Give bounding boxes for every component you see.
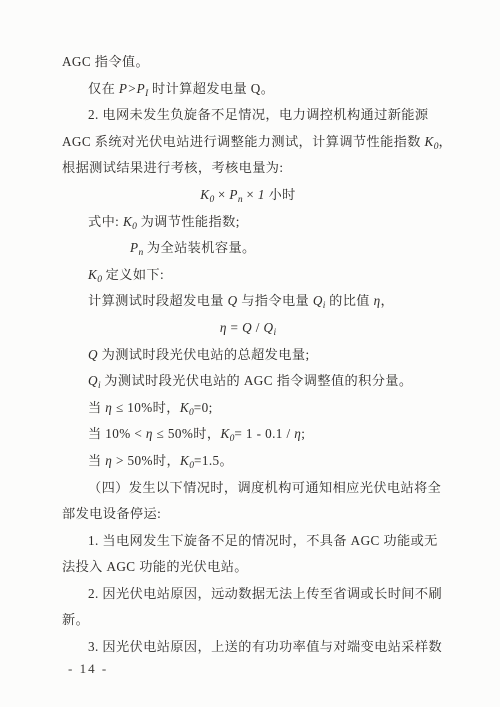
body-text: > 50%时， — [112, 453, 180, 468]
text-line: 当 η ≤ 10%时，K0=0; — [62, 395, 444, 422]
subscript-text: i — [273, 328, 276, 338]
document-page: AGC 指令值。仅在 P>PI 时计算超发电量 Q。2. 电网未发生负旋备不足情… — [0, 0, 500, 707]
body-text: 法投入 AGC 功能的光伏电站。 — [62, 559, 248, 574]
body-text: 新。 — [62, 612, 89, 627]
body-text: 1. 当电网发生下旋备不足的情况时，不具备 AGC 功能或无 — [88, 533, 438, 548]
text-line: 新。 — [62, 607, 444, 634]
variable-text: P — [229, 187, 237, 202]
variable-text: Q — [228, 293, 238, 308]
text-line: 2. 因光伏电站原因，远动数据无法上传至省调或长时间不刷 — [62, 581, 444, 608]
body-text: 3. 因光伏电站原因，上送的有功功率值与对端变电站采样数 — [88, 639, 442, 654]
variable-text: Q — [88, 347, 98, 362]
body-text: 部发电设备停运: — [62, 506, 161, 521]
body-text: 2. 电网未发生负旋备不足情况，电力调控机构通过新能源 — [88, 107, 429, 122]
text-line: 式中: K0 为调节性能指数; — [62, 209, 444, 236]
body-text: 为全站装机容量。 — [143, 240, 255, 255]
text-line: 根据测试结果进行考核，考核电量为: — [62, 155, 444, 182]
body-text: ; — [301, 426, 305, 441]
body-text: 为测试时段光伏电站的 AGC 指令调整值的积分量。 — [101, 373, 413, 388]
text-line: 部发电设备停运: — [62, 501, 444, 528]
body-text: AGC 系统对光伏电站进行调整能力测试，计算调节性能指数 — [62, 134, 425, 149]
text-line: 3. 因光伏电站原因，上送的有功功率值与对端变电站采样数 — [62, 634, 444, 661]
body-text: 当 10% < — [88, 426, 146, 441]
body-text: 式中: — [88, 214, 123, 229]
body-text: 定义如下: — [102, 267, 164, 282]
body-text: = — [227, 320, 242, 335]
body-text: ≤ 50%时， — [153, 426, 221, 441]
body-text: ≤ 10%时， — [112, 400, 180, 415]
page-number: - 14 - — [68, 661, 108, 677]
body-text: （四）发生以下情况时，调度机构可通知相应光伏电站将全 — [88, 480, 441, 495]
variable-text: η — [220, 320, 227, 335]
text-line: Qi 为测试时段光伏电站的 AGC 指令调整值的积分量。 — [62, 368, 444, 395]
text-line: AGC 系统对光伏电站进行调整能力测试，计算调节性能指数 K0， — [62, 129, 444, 156]
text-line: 仅在 P>PI 时计算超发电量 Q。 — [62, 76, 444, 103]
body-text: =1.5。 — [194, 453, 233, 468]
variable-text: Q — [88, 373, 98, 388]
body-text: 当 — [88, 453, 105, 468]
body-text: × — [214, 187, 229, 202]
body-text: 小时 — [265, 187, 296, 202]
body-text: 为测试时段光伏电站的总超发电量; — [98, 347, 310, 362]
text-line: K0 定义如下: — [62, 262, 444, 289]
body-text: 2. 因光伏电站原因，远动数据无法上传至省调或长时间不刷 — [88, 586, 442, 601]
body-text: 根据测试结果进行考核，考核电量为: — [62, 160, 283, 175]
variable-text: Q — [264, 320, 274, 335]
variable-text: η — [374, 293, 381, 308]
text-line: 法投入 AGC 功能的光伏电站。 — [62, 554, 444, 581]
text-line: 2. 电网未发生负旋备不足情况，电力调控机构通过新能源 — [62, 102, 444, 129]
document-body: AGC 指令值。仅在 P>PI 时计算超发电量 Q。2. 电网未发生负旋备不足情… — [62, 49, 444, 661]
body-text: 与指令电量 — [238, 293, 313, 308]
text-line: K0 × Pn × 1 小时 — [62, 182, 444, 209]
text-line: η = Q / Qi — [62, 315, 444, 342]
body-text: / — [252, 320, 263, 335]
body-text: 的比值 — [325, 293, 373, 308]
variable-text: K — [88, 267, 97, 282]
body-text: 仅在 — [88, 81, 119, 96]
variable-text: 1 — [258, 187, 265, 202]
variable-text: Q — [242, 320, 252, 335]
variable-text: K — [425, 134, 434, 149]
variable-text: K — [123, 214, 132, 229]
variable-text: K — [180, 453, 189, 468]
variable-text: η — [146, 426, 153, 441]
body-text: 为调节性能指数; — [137, 214, 240, 229]
body-text: ， — [381, 293, 395, 308]
body-text: 当 — [88, 400, 105, 415]
body-text: 计算测试时段超发电量 — [88, 293, 228, 308]
variable-text: Q — [313, 293, 323, 308]
body-text: 时计算超发电量 Q。 — [148, 81, 274, 96]
text-line: 当 η > 50%时，K0=1.5。 — [62, 448, 444, 475]
variable-text: K — [220, 426, 229, 441]
text-line: （四）发生以下情况时，调度机构可通知相应光伏电站将全 — [62, 475, 444, 502]
text-line: Pn 为全站装机容量。 — [62, 235, 444, 262]
variable-text: P>P — [119, 81, 145, 96]
text-line: AGC 指令值。 — [62, 49, 444, 76]
body-text: ， — [439, 134, 453, 149]
text-line: 1. 当电网发生下旋备不足的情况时，不具备 AGC 功能或无 — [62, 528, 444, 555]
text-line: Q 为测试时段光伏电站的总超发电量; — [62, 342, 444, 369]
text-line: 计算测试时段超发电量 Q 与指令电量 Qi 的比值 η， — [62, 288, 444, 315]
body-text: =0; — [194, 400, 213, 415]
body-text: AGC 指令值。 — [62, 54, 149, 69]
variable-text: K — [180, 400, 189, 415]
text-line: 当 10% < η ≤ 50%时，K0= 1 - 0.1 / η; — [62, 421, 444, 448]
body-text: = 1 - 0.1 / — [234, 426, 294, 441]
body-text: × — [243, 187, 258, 202]
